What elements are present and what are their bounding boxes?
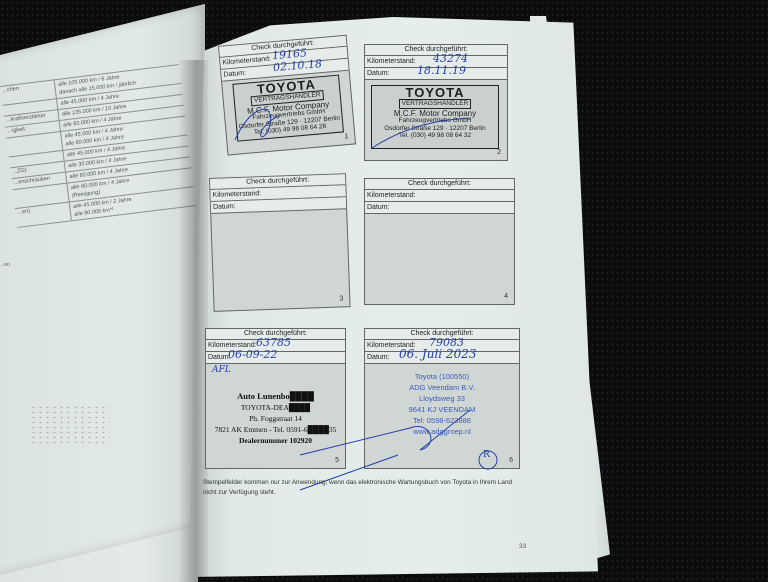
- service-slot-4: Check durchgeführt: Kilometerstand: Datu…: [364, 178, 515, 305]
- slot-number: 1: [344, 133, 349, 140]
- handwritten-date: 02.10.18: [273, 58, 323, 73]
- dealer-stamp: TOYOTA VERTRAGSHÄNDLER M.C.F. Motor Comp…: [232, 75, 344, 142]
- handwritten-date: 06-09-22: [228, 349, 277, 360]
- date-row: Datum:06. Juli 2023: [365, 352, 519, 364]
- handwritten-initials: R: [483, 450, 490, 460]
- service-slot-1: Check durchgeführt: Kilometerstand:19165…: [218, 35, 356, 156]
- handwritten-mileage: 63785: [256, 337, 291, 348]
- slot-number: 3: [339, 295, 343, 302]
- slot-number: 6: [509, 457, 513, 464]
- date-row: Datum:: [365, 202, 514, 214]
- service-slot-6: Check durchgeführt: Kilometerstand:79083…: [364, 328, 520, 469]
- faint-marks: [30, 405, 110, 445]
- handwritten-date: 18.11.19: [417, 65, 466, 76]
- mileage-row: Kilometerstand:: [365, 190, 514, 202]
- slot-number: 4: [504, 293, 508, 300]
- handwritten-mileage: 43274: [433, 53, 468, 64]
- service-slot-2: Check durchgeführt: Kilometerstand:43274…: [364, 44, 508, 161]
- date-row: Datum:18.11.19: [365, 68, 507, 80]
- service-slot-5: Check durchgeführt: Kilometerstand:63785…: [205, 328, 346, 469]
- left-page-footer: ...en: [0, 262, 10, 268]
- maintenance-interval-table: ...chen alle 105.000 km / 6 Jahredanach …: [0, 64, 196, 228]
- service-slot-3: Check durchgeführt: Kilometerstand: Datu…: [209, 173, 351, 312]
- dealer-stamp: Toyota (100550) ADG Veendam B.V. Lloydsw…: [365, 371, 519, 437]
- slot-number: 5: [335, 457, 339, 464]
- check-header: Check durchgeführt:: [365, 179, 514, 190]
- spine-shadow: [178, 60, 208, 582]
- handwritten-initials: AFL: [212, 365, 231, 375]
- dealer-stamp: Auto Lunenbo████ TOYOTA-DEA████ Ph. Fogg…: [206, 391, 345, 446]
- page-number: 33: [519, 543, 526, 550]
- dealer-stamp: TOYOTA VERTRAGSHÄNDLER M.C.F. Motor Comp…: [371, 85, 499, 149]
- footnote: Stempelfelder kommen nur zur Anwendung, …: [203, 478, 523, 498]
- date-row: Datum:06-09-22: [206, 352, 345, 364]
- handwritten-date: 06. Juli 2023: [399, 349, 476, 360]
- slot-number: 2: [497, 149, 501, 156]
